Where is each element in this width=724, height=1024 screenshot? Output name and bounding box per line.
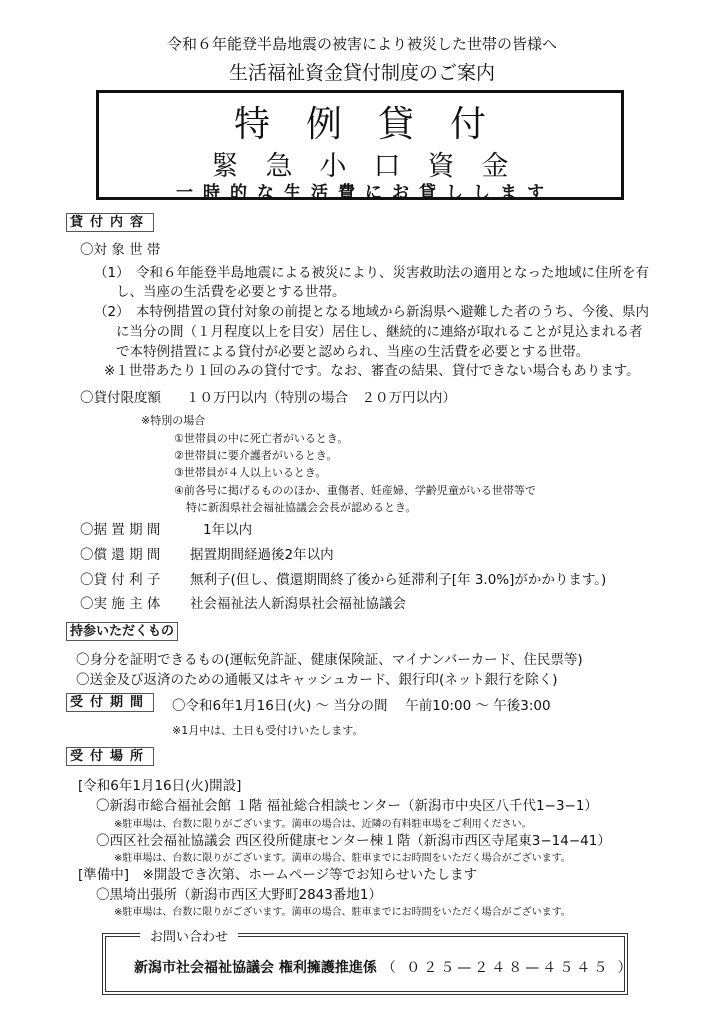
prep-heading: [準備中] ※開設でき次第、ホームページ等でお知らせいたします [78, 863, 477, 883]
reception-period-value: 〇令和6年1月16日(火) ～ 当分の間 午前10:00 ～ 午後3:00 [172, 694, 551, 714]
special-item-4: ④前各号に掲げるもののほか、重傷者、妊産婦、学齢児童がいる世帯等で [174, 482, 536, 498]
contact-line: 新潟市社会福祉協議会 権利擁護推進係 （ ０２５—２４８—４５４５ ） [134, 957, 635, 977]
term-label-repayment: 〇償 還 期 間 [80, 543, 160, 563]
section-label-reception-period: 受付期間 [66, 693, 154, 712]
reception-period-note: ※1月中は、土日も受付けいたします。 [172, 722, 363, 738]
term-value-deferment: 1年以内 [203, 518, 252, 538]
bring-item-bankbook: 〇送金及び返済のための通帳又はキャッシュカード、銀行印(ネット銀行を除く) [76, 668, 558, 688]
limit-label: 〇貸付限度額 [80, 386, 161, 406]
once-only-note: ※１世帯あたり１回のみの貸付です。なお、審査の結果、貸付できない場合もあります。 [104, 359, 640, 379]
target-item-1-line1: 令和６年能登半島地震による被災により、災害救助法の適用となった地域に住所を有 [136, 261, 649, 281]
term-value-operator: 社会福祉法人新潟県社会福祉協議会 [190, 592, 406, 612]
place-nishi-ku: 〇西区社会福祉協議会 西区役所健康センター棟１階（新潟市西区寺尾東3−14−41… [96, 829, 611, 849]
term-label-deferment: 〇据 置 期 間 [80, 518, 160, 538]
contact-legend: お問い合わせ [140, 926, 238, 945]
contact-phone[interactable]: （ ０２５—２４８—４５４５ ） [382, 960, 635, 976]
hero-title: 特例貸付 [96, 96, 624, 147]
special-heading: ※特別の場合 [141, 412, 205, 428]
place-kurosaki: 〇黒埼出張所（新潟市西区大野町2843番地1） [96, 883, 382, 903]
special-item-1: ①世帯員の中に死亡者がいるとき。 [174, 430, 348, 446]
term-label-interest: 〇貸 付 利 子 [80, 568, 160, 588]
term-value-repayment: 据置期間経過後2年以内 [190, 543, 334, 563]
hero-tagline: 一時的な生活費にお貸しします [96, 178, 624, 203]
special-item-2: ②世帯員に要介護者がいるとき。 [174, 447, 337, 463]
place-kurosaki-parking-note: ※駐車場は、台数に限りがございます。満車の場合、駐車までにお時間をいただく場合が… [114, 903, 571, 918]
contact-org: 新潟市社会福祉協議会 権利擁護推進係 [134, 960, 377, 976]
place-welfare-center: 〇新潟市総合福祉会館 １階 福祉総合相談センター（新潟市中央区八千代1−3−1） [96, 794, 598, 814]
term-label-operator: 〇実 施 主 体 [80, 592, 160, 612]
target-heading: 〇対 象 世 帯 [80, 238, 160, 258]
target-item-2-line2: に当分の間（１月程度以上を目安）居住し、継続的に連絡が取れることが見込まれる者 [116, 320, 643, 340]
special-item-4-cont: 特に新潟県社会福祉協議会会長が認めるとき。 [186, 499, 417, 515]
pre-title: 令和６年能登半島地震の被害により被災した世帯の皆様へ [0, 33, 724, 54]
place-nishi-ku-parking-note: ※駐車場は、台数に限りがございます。満車の場合、駐車までにお時間をいただく場合が… [114, 849, 571, 864]
place-welfare-center-parking-note: ※駐車場は、台数に限りがございます。満車の場合は、近隣の有料駐車場をご利用くださ… [114, 815, 532, 830]
section-label-bring-items: 持参いただくもの [66, 622, 178, 641]
target-item-2-line3: で本特例措置による貸付が必要と認められ、当座の生活費を必要とする世帯。 [116, 340, 589, 360]
section-label-loan-content: 貸付内容 [66, 213, 154, 232]
limit-value: １０万円以内（特別の場合 ２０万円以内） [186, 386, 456, 406]
term-value-interest: 無利子(但し、償還期間終了後から延滞利子[年 3.0%]がかかります。) [190, 568, 606, 588]
target-item-1-num: （1） [94, 261, 130, 281]
section-label-reception-places: 受付場所 [66, 747, 154, 766]
target-item-1-line2: し、当座の生活費を必要とする世帯。 [116, 280, 346, 300]
target-item-2-num: （2） [94, 300, 130, 320]
open-heading: [令和6年1月16日(火)開設] [78, 774, 241, 794]
page-title: 生活福祉資金貸付制度のご案内 [0, 58, 724, 85]
target-item-2-line1: 本特例措置の貸付対象の前提となる地域から新潟県へ避難した者のうち、今後、県内 [136, 300, 649, 320]
special-item-3: ③世帯員が４人以上いるとき。 [174, 464, 326, 480]
bring-item-id: 〇身分を証明できるもの(運転免許証、健康保険証、マイナンバーカード、住民票等) [76, 648, 583, 668]
